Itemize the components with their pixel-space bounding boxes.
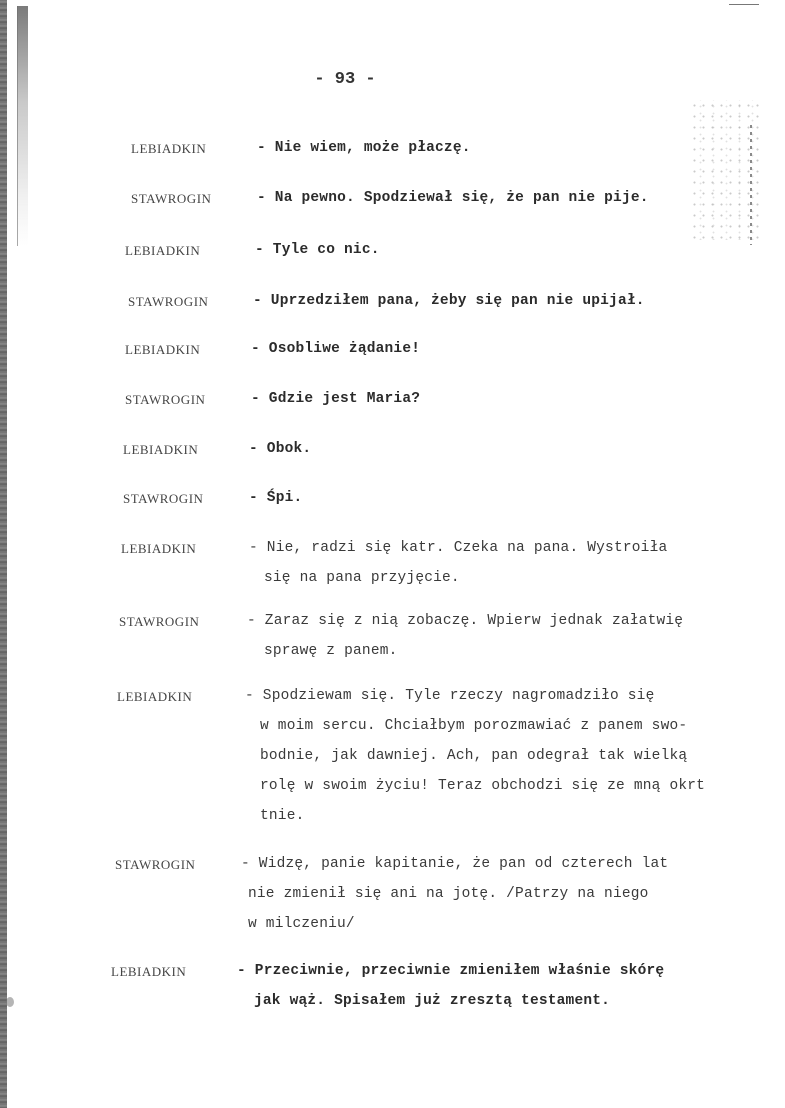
dialogue-line: - Zaraz się z nią zobaczę. Wpierw jednak… [247, 613, 683, 629]
dialogue-line: sprawę z panem. [264, 643, 398, 659]
speaker-name: STAWROGIN [128, 294, 208, 310]
speaker-name: LEBIADKIN [121, 541, 196, 557]
dialogue-line: - Śpi. [249, 490, 302, 506]
speaker-name: STAWROGIN [123, 491, 203, 507]
dialogue-line: - Na pewno. Spodziewał się, że pan nie p… [257, 190, 649, 206]
dialogue-line: - Widzę, panie kapitanie, że pan od czte… [241, 856, 668, 872]
speaker-name: LEBIADKIN [131, 141, 206, 157]
page-number: - 93 - [0, 70, 690, 89]
dialogue-line: - Uprzedziłem pana, żeby się pan nie upi… [253, 293, 645, 309]
speaker-name: LEBIADKIN [125, 342, 200, 358]
speaker-name: LEBIADKIN [123, 442, 198, 458]
dialogue-line: nie zmienił się ani na jotę. /Patrzy na … [248, 886, 649, 902]
dialogue-line: w moim sercu. Chciałbym porozmawiać z pa… [260, 718, 687, 734]
dialogue-line: bodnie, jak dawniej. Ach, pan odegrał ta… [260, 748, 687, 764]
dialogue-line: - Osobliwe żądanie! [251, 341, 420, 357]
dialogue-line: - Przeciwnie, przeciwnie zmieniłem właśn… [237, 963, 664, 979]
speaker-name: LEBIADKIN [125, 243, 200, 259]
dialogue-line: - Tyle co nic. [255, 242, 380, 258]
scan-margin-smudge [17, 6, 28, 246]
speaker-name: LEBIADKIN [111, 964, 186, 980]
dialogue-line: rolę w swoim życiu! Teraz obchodzi się z… [260, 778, 705, 794]
scan-right-streak [750, 125, 752, 245]
speaker-name: STAWROGIN [131, 191, 211, 207]
dialogue-line: w milczeniu/ [248, 916, 355, 932]
dialogue-line: się na pana przyjęcie. [264, 570, 460, 586]
speaker-name: LEBIADKIN [117, 689, 192, 705]
speaker-name: STAWROGIN [119, 614, 199, 630]
dialogue-line: - Gdzie jest Maria? [251, 391, 420, 407]
speaker-name: STAWROGIN [115, 857, 195, 873]
dialogue-line: - Nie, radzi się katr. Czeka na pana. Wy… [249, 540, 667, 556]
dialogue-line: tnie. [260, 808, 305, 824]
scan-punch-mark [6, 997, 14, 1007]
dialogue-line: - Spodziewam się. Tyle rzeczy nagromadzi… [245, 688, 654, 704]
dialogue-line: jak wąż. Spisałem już zresztą testament. [254, 993, 610, 1009]
scan-binding-edge [0, 0, 7, 1108]
dialogue-line: - Obok. [249, 441, 311, 457]
scan-top-rule [729, 4, 759, 5]
speaker-name: STAWROGIN [125, 392, 205, 408]
dialogue-line: - Nie wiem, może płaczę. [257, 140, 471, 156]
